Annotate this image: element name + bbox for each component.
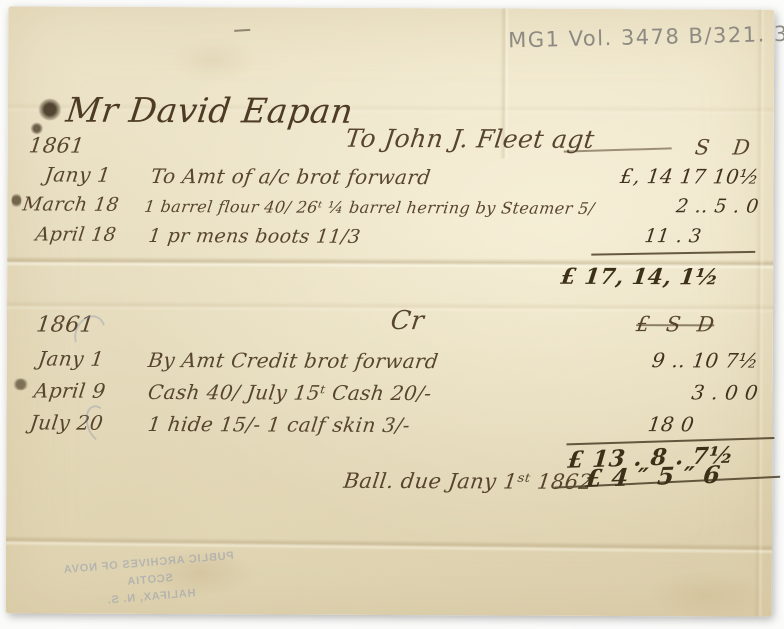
- paper-sheet: MG1 Vol. 3478 B/321. 3 Mr David Eapan 18…: [6, 6, 775, 616]
- paper-stain: [168, 37, 258, 83]
- faint-pencil-mark: [81, 402, 115, 446]
- entry-date: Jany 1: [37, 346, 106, 370]
- archives-stamp: PUBLIC ARCHIVES OF NOVA SCOTIA HALIFAX, …: [38, 546, 261, 615]
- debit-year: 1861: [28, 133, 86, 157]
- debit-total: £ 17, 14, 1½: [559, 264, 720, 291]
- entry-amount: 3 . 0 0: [565, 380, 760, 405]
- ink-blot: [11, 192, 21, 208]
- paper-crease: [6, 536, 772, 555]
- sum-line: [591, 251, 755, 256]
- debtor-name: Mr David Eapan: [64, 91, 356, 132]
- entry-description: 1 barrel flour 40/ 26ᵗ ¼ barrel herring …: [143, 197, 595, 218]
- entry-date: March 18: [21, 193, 120, 215]
- entry-amount: 11 . 3: [643, 225, 703, 247]
- entry-description: Cash 40/ July 15ᵗ Cash 20/-: [147, 380, 433, 405]
- entry-amount: 18 0: [646, 412, 695, 436]
- entry-amount: 9 .. 10 7½: [565, 348, 760, 373]
- entry-date: Jany 1: [44, 163, 113, 187]
- ink-blot: [30, 122, 44, 134]
- ink-blot: [38, 98, 62, 120]
- entry-amount: £, 14 17 10½: [566, 164, 761, 189]
- entry-amount: 2 .. 5 . 0: [565, 195, 760, 218]
- entry-date: April 18: [34, 223, 117, 245]
- archival-reference-note: MG1 Vol. 3478 B/321. 3: [508, 22, 784, 53]
- balance-due-amount: £ 4 ″ 5 ″ 6: [584, 460, 722, 493]
- credit-column-header: £ S D: [635, 312, 716, 336]
- entry-description: 1 hide 15/- 1 calf skin 3/-: [146, 412, 411, 437]
- entry-description: To Amt of a/c brot forward: [150, 164, 433, 189]
- pencil-tick-mark: [234, 29, 250, 32]
- ink-blot: [13, 378, 29, 390]
- entry-date: April 9: [33, 378, 108, 402]
- balance-due-label: Ball. due Jany 1ˢᵗ 1862: [342, 469, 594, 494]
- credit-label: Cr: [389, 306, 426, 336]
- payee-line: To John J. Fleet agt: [344, 124, 596, 154]
- entry-description: By Amt Credit brot forward: [147, 348, 440, 373]
- scanned-ledger-page: MG1 Vol. 3478 B/321. 3 Mr David Eapan 18…: [0, 0, 784, 629]
- paper-stain: [646, 569, 766, 620]
- paper-crease: [754, 10, 766, 617]
- debit-column-header: S D: [694, 135, 752, 159]
- entry-description: 1 pr mens boots 11/3: [147, 225, 362, 248]
